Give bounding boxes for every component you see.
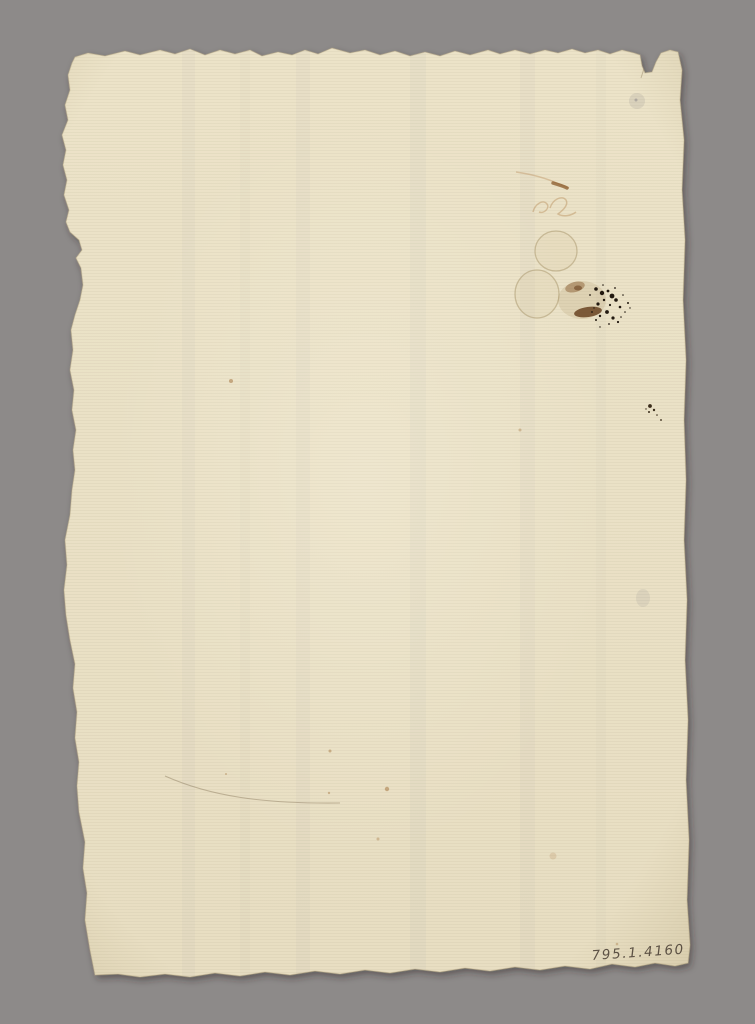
ink-dot — [629, 307, 630, 308]
ink-dot — [610, 294, 615, 299]
ink-dot — [620, 316, 622, 318]
ink-dot — [600, 291, 604, 295]
ink-dot — [609, 304, 611, 306]
gray-speck — [635, 99, 638, 102]
ink-dot — [607, 290, 610, 293]
foxing-dot — [328, 792, 330, 794]
foxing-dot — [385, 787, 389, 791]
speck-dot — [653, 409, 655, 411]
ink-dot — [596, 302, 599, 305]
ink-dot — [594, 287, 598, 291]
ink-dot — [589, 294, 591, 296]
foxing-dot — [519, 429, 522, 432]
ink-dot — [602, 284, 604, 286]
ink-dot — [603, 299, 605, 301]
gray-smudge-mid — [636, 589, 650, 607]
foxing-dot — [229, 379, 233, 383]
smudge-core — [574, 286, 582, 291]
speck-dot — [645, 408, 646, 409]
embossed-seal-lower — [515, 270, 559, 318]
ink-dot — [627, 302, 629, 304]
speck-dot — [660, 419, 662, 421]
tonal-shading — [55, 40, 700, 985]
foxing-dot — [616, 943, 619, 946]
ink-dot — [614, 298, 618, 302]
ink-dot — [617, 321, 619, 323]
ink-dot — [599, 326, 600, 327]
ink-dot — [619, 306, 622, 309]
foxing-dot — [225, 773, 227, 775]
foxing-dot — [377, 838, 380, 841]
photo-stage: 795.1.4160 — [0, 0, 755, 1024]
speck-dot — [648, 404, 652, 408]
ink-dot — [624, 311, 626, 313]
ink-dot — [608, 323, 610, 325]
ink-dot — [593, 307, 594, 308]
ink-dot — [599, 315, 601, 317]
artwork-photo: 795.1.4160 — [0, 0, 755, 1024]
speck-dot — [656, 414, 658, 416]
speck-dot — [648, 411, 650, 413]
ink-dot — [595, 319, 597, 321]
embossed-seal-upper — [535, 231, 577, 271]
ink-dot — [614, 287, 616, 289]
ink-dot — [605, 310, 609, 314]
ink-dot — [622, 294, 624, 296]
foxing-dot — [329, 750, 332, 753]
ink-dot — [591, 311, 593, 313]
paper-texture — [55, 40, 700, 985]
ink-dot — [611, 316, 614, 319]
foxing-dot — [550, 853, 557, 860]
